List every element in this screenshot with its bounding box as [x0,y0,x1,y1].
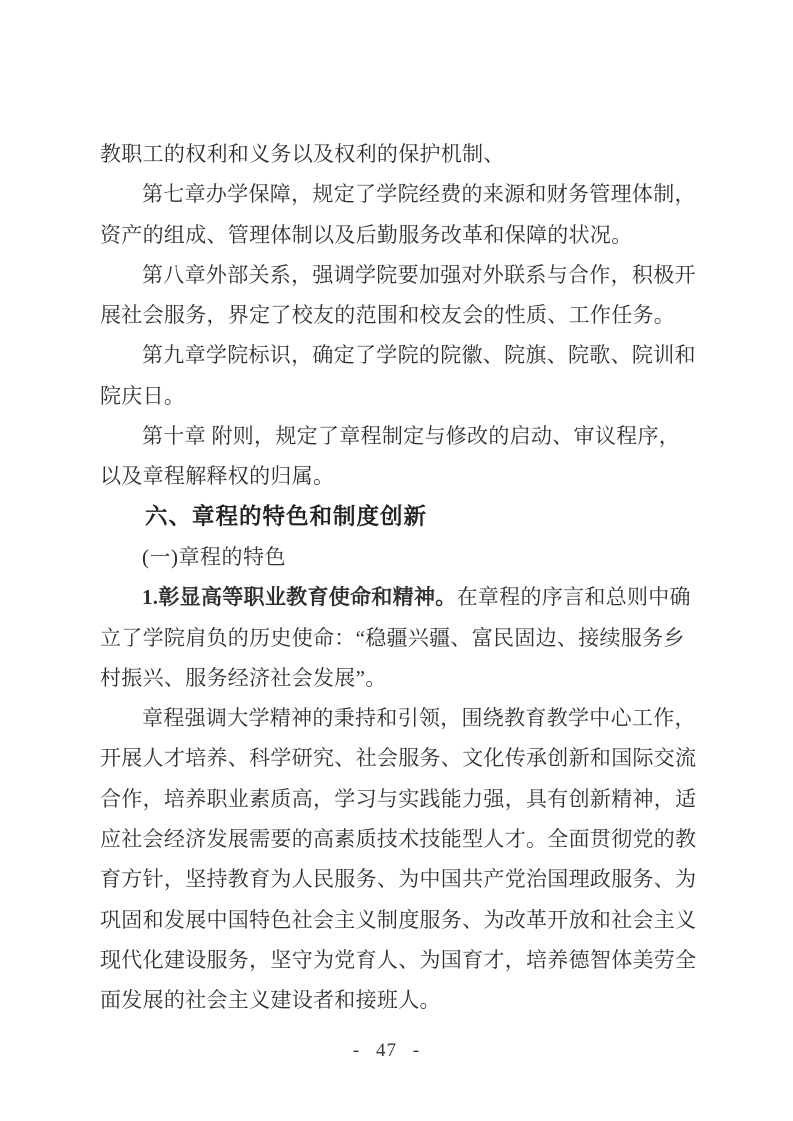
feature-1-bold-lead: 1.彰显高等职业教育使命和精神。 [142,585,457,609]
section-heading-six: 六、章程的特色和制度创新 [100,497,706,537]
subsection-heading-one: (一)章程的特色 [100,537,706,577]
document-page: 教职工的权利和义务以及权利的保护机制、 第七章办学保障，规定了学院经费的来源和财… [0,0,793,1121]
paragraph-chapter-7: 第七章办学保障，规定了学院经费的来源和财务管理体制， 资产的组成、管理体制以及后… [100,174,706,255]
paragraph-feature-1: 1.彰显高等职业教育使命和精神。在章程的序言和总则中确 立了学院肩负的历史使命：… [100,577,706,698]
paragraph-rights-continuation: 教职工的权利和义务以及权利的保护机制、 [100,134,706,174]
paragraph-chapter-10: 第十章 附则，规定了章程制定与修改的启动、审议程序， 以及章程解释权的归属。 [100,416,706,497]
page-number: - 47 - [0,1040,773,1062]
paragraph-chapter-9: 第九章学院标识，确定了学院的院徽、院旗、院歌、院训和 院庆日。 [100,335,706,416]
document-body: 教职工的权利和义务以及权利的保护机制、 第七章办学保障，规定了学院经费的来源和财… [100,134,706,1021]
paragraph-university-spirit: 章程强调大学精神的秉持和引领，围绕教育教学中心工作， 开展人才培养、科学研究、社… [100,698,706,1020]
paragraph-chapter-8: 第八章外部关系，强调学院要加强对外联系与合作，积极开 展社会服务，界定了校友的范… [100,255,706,336]
